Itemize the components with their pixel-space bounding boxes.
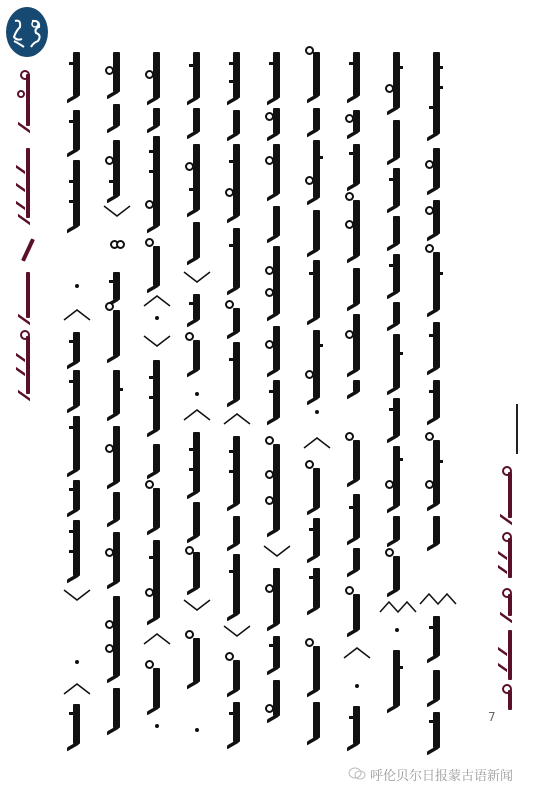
text-column — [302, 40, 332, 760]
text-column — [342, 40, 372, 760]
text-column — [222, 40, 252, 760]
article-body — [62, 40, 480, 760]
watermark: 呼伦贝尔日报蒙古语新闻 — [348, 764, 513, 784]
text-column — [102, 40, 132, 760]
text-column — [422, 40, 452, 760]
mongolian-calligraphy-logo-icon — [6, 7, 48, 57]
em-dash — [516, 404, 518, 454]
logo-badge — [6, 7, 48, 57]
page-number: 7 — [488, 710, 496, 724]
text-column — [262, 40, 292, 760]
page-title — [14, 68, 42, 398]
watermark-text: 呼伦贝尔日报蒙古语新闻 — [370, 765, 513, 784]
text-column — [142, 40, 172, 760]
text-column — [382, 40, 412, 760]
wechat-icon — [348, 767, 366, 781]
text-column — [182, 40, 212, 760]
author-byline — [492, 404, 532, 714]
text-column — [62, 40, 92, 760]
